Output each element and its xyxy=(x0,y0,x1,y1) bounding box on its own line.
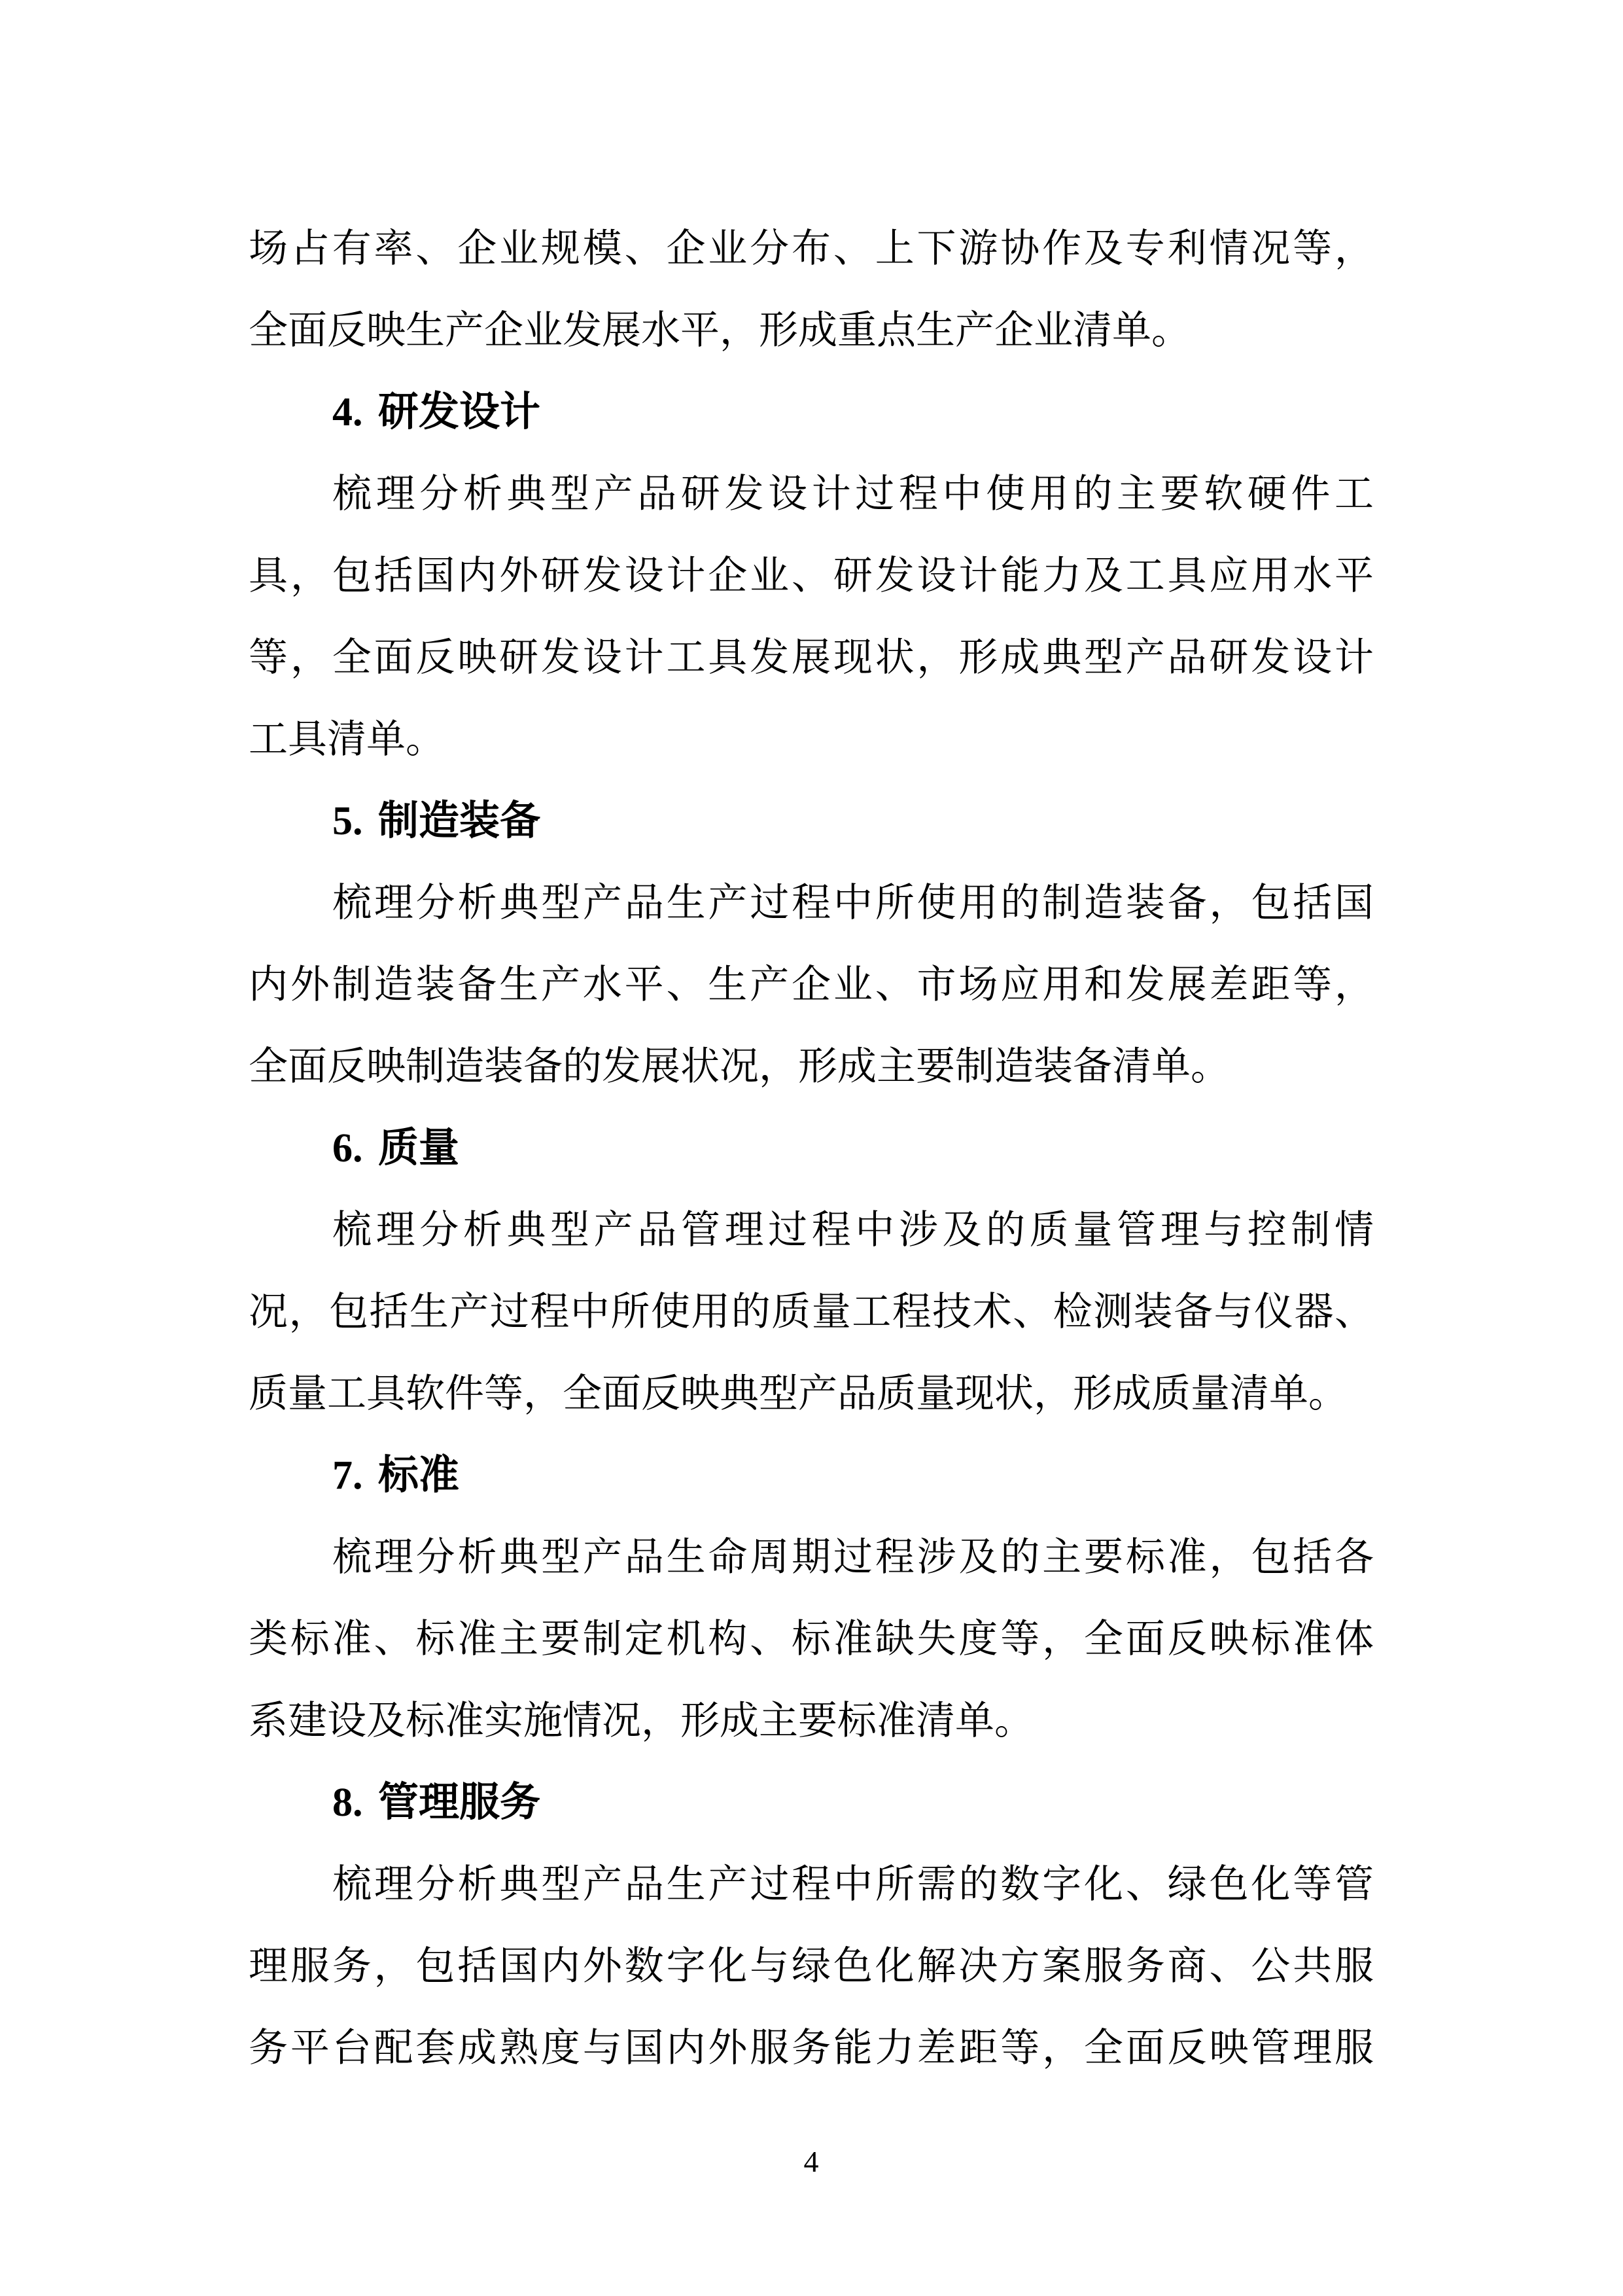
body-line: 工具清单。 xyxy=(249,699,1374,781)
body-line: 系建设及标准实施情况，形成主要标准清单。 xyxy=(249,1680,1374,1762)
section-heading-manufacturing-equipment: 5. 制造装备 xyxy=(249,781,1374,862)
body-line: 梳理分析典型产品生命周期过程涉及的主要标准，包括各 xyxy=(249,1517,1374,1598)
text-content: 场占有率、企业规模、企业分布、上下游协作及专利情况等， 全面反映生产企业发展水平… xyxy=(249,208,1374,2185)
body-line: 质量工具软件等，全面反映典型产品质量现状，形成质量清单。 xyxy=(249,1353,1374,1435)
document-page: 场占有率、企业规模、企业分布、上下游协作及专利情况等， 全面反映生产企业发展水平… xyxy=(0,0,1623,2296)
section-heading-management-services: 8. 管理服务 xyxy=(249,1762,1374,1844)
section-heading-rd-design: 4. 研发设计 xyxy=(249,372,1374,453)
section-heading-quality: 6. 质量 xyxy=(249,1108,1374,1190)
body-line: 况，包括生产过程中所使用的质量工程技术、检测装备与仪器、 xyxy=(249,1271,1374,1353)
body-line: 类标准、标准主要制定机构、标准缺失度等，全面反映标准体 xyxy=(249,1598,1374,1680)
body-line: 全面反映制造装备的发展状况，形成主要制造装备清单。 xyxy=(249,1026,1374,1108)
body-line: 梳理分析典型产品生产过程中所使用的制造装备，包括国 xyxy=(249,862,1374,944)
body-line: 全面反映生产企业发展水平，形成重点生产企业清单。 xyxy=(249,290,1374,372)
body-line: 梳理分析典型产品研发设计过程中使用的主要软硬件工 xyxy=(249,453,1374,535)
body-line: 梳理分析典型产品管理过程中涉及的质量管理与控制情 xyxy=(249,1190,1374,1271)
body-line: 梳理分析典型产品生产过程中所需的数字化、绿色化等管 xyxy=(249,1844,1374,1926)
body-line: 务平台配套成熟度与国内外服务能力差距等，全面反映管理服 xyxy=(249,2007,1374,2089)
section-heading-standards: 7. 标准 xyxy=(249,1435,1374,1517)
page-number: 4 xyxy=(249,2139,1374,2185)
body-line: 内外制造装备生产水平、生产企业、市场应用和发展差距等， xyxy=(249,944,1374,1026)
body-line: 等，全面反映研发设计工具发展现状，形成典型产品研发设计 xyxy=(249,617,1374,699)
body-line: 具，包括国内外研发设计企业、研发设计能力及工具应用水平 xyxy=(249,535,1374,617)
body-line: 理服务，包括国内外数字化与绿色化解决方案服务商、公共服 xyxy=(249,1926,1374,2007)
body-line: 场占有率、企业规模、企业分布、上下游协作及专利情况等， xyxy=(249,208,1374,290)
